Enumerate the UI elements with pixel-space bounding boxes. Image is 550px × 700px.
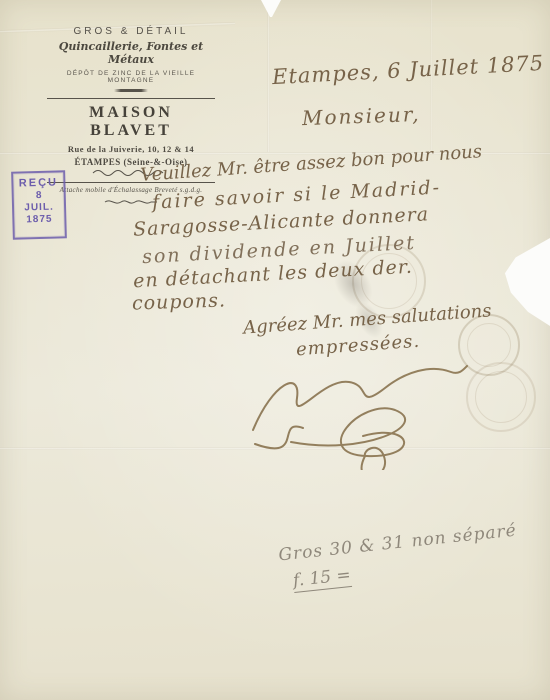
stamp-day: 8 xyxy=(14,189,64,201)
letterhead-depot-line: DÉPÔT DE ZINC DE LA VIEILLE MONTAGNE xyxy=(45,70,217,84)
letterhead-ornament-rule xyxy=(114,89,148,92)
signature-flourish xyxy=(245,358,480,470)
letterhead-gros-detail: GROS & DÉTAIL xyxy=(45,26,217,37)
flourish-ornament xyxy=(103,197,159,207)
letterhead-divider xyxy=(47,98,215,99)
stamp-word: REÇU xyxy=(13,176,63,189)
letterhead-address: Rue de la Juiverie, 10, 12 & 14 xyxy=(45,144,217,154)
scanned-letter: GROS & DÉTAIL Quincaillerie, Fontes et M… xyxy=(0,0,550,700)
stamp-month: JUIL. xyxy=(14,201,64,213)
body-line: coupons. xyxy=(132,289,227,314)
handwritten-salutation: Monsieur, xyxy=(302,102,421,130)
received-date-stamp: REÇU 8 JUIL. 1875 xyxy=(11,170,67,239)
stamp-year: 1875 xyxy=(14,213,64,225)
letterhead-trade-line: Quincaillerie, Fontes et Métaux xyxy=(45,40,217,66)
letterhead-company-name: MAISON BLAVET xyxy=(45,104,217,140)
